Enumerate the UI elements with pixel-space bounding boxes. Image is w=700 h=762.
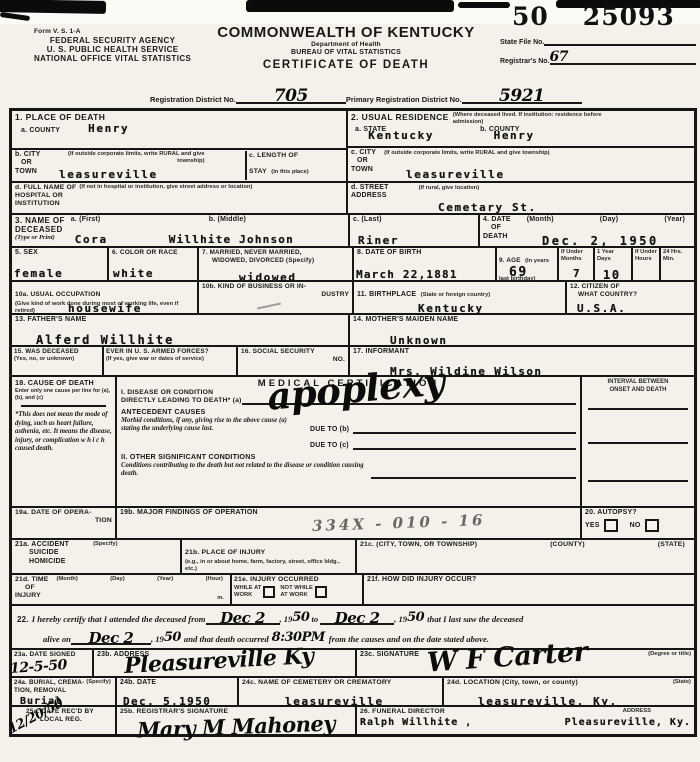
length-of-stay-label: c. LENGTH OF: [249, 152, 341, 160]
scan-artifact: [246, 0, 454, 12]
field-time-of-injury: 21d. TIME OF INJURY (Month) (Day) (Year)…: [12, 575, 230, 604]
field-age: 9. AGE (In years last birthday) 69: [495, 248, 557, 280]
agency-line-3: NATIONAL OFFICE VITAL STATISTICS: [34, 54, 191, 63]
department-line: Department of Health: [196, 41, 496, 49]
pencil-mark: [257, 303, 281, 310]
field-burial-date: 24b. DATE Dec. 5,1950: [115, 678, 237, 705]
field-residence-city: c. CITY OR TOWN (If outside corporate li…: [348, 146, 694, 181]
field-color-or-race: 6. COLOR OR RACE white: [107, 248, 197, 280]
field-age-months: If Under Months 7: [557, 248, 593, 280]
not-while-at-work-checkbox: [315, 586, 327, 598]
fathers-name-value: Alferd Willhite: [36, 333, 174, 347]
last-seen-alive-value: Dec 2: [89, 629, 134, 647]
interval-blank-line: [588, 480, 688, 482]
field-mothers-maiden-name: 14. MOTHER'S MAIDEN NAME Unknown: [348, 315, 694, 345]
divider: [21, 405, 106, 407]
state-file-blank: [544, 34, 696, 46]
field-marital-status: 7. MARRIED, NEVER MARRIED, WIDOWED, DIVO…: [197, 248, 352, 280]
field-hospital-name: d. FULL NAME OF HOSPITAL OR INSTITUTION …: [12, 181, 346, 213]
field-place-of-injury: 21b. PLACE OF INJURY (e.g., in or about …: [180, 540, 355, 573]
field-age-days: 1 Year Days 10: [593, 248, 631, 280]
attended-to-year: 50: [407, 610, 424, 625]
due-to-c-line: [353, 438, 576, 450]
field-interval-onset-death: INTERVAL BETWEEN ONSET AND DEATH: [580, 377, 694, 506]
occupation-value: housewife: [68, 302, 142, 315]
field-last-name: c. (Last) Riner: [348, 215, 478, 246]
field-burial-type: 24a. BURIAL, CREMA- TION, REMOVAL (Speci…: [12, 678, 115, 705]
stamp-number-left: 50: [512, 2, 549, 31]
usual-residence-title: 2. USUAL RESIDENCE: [351, 112, 449, 126]
middle-name-value: Willhite Johnson: [169, 233, 294, 246]
field-autopsy: 20. AUTOPSY? YES NO: [580, 508, 694, 538]
first-name-label: a. (First): [71, 216, 163, 224]
place-of-death-title: 1. PLACE OF DEATH: [15, 112, 343, 122]
field-accident-suicide-homicide: 21a. ACCIDENT SUICIDE HOMICIDE (Specify): [12, 540, 180, 573]
form-number: Form V. S. 1-A: [34, 28, 191, 36]
field-how-injury-occurred: 21f. HOW DID INJURY OCCUR?: [362, 575, 694, 604]
field-name-of-deceased: 3. NAME OF DECEASED (Type or Print) a. (…: [12, 215, 348, 246]
scan-artifact: [0, 0, 106, 14]
street-address-note: (If rural, give location): [419, 185, 480, 201]
form-identification: Form V. S. 1-A FEDERAL SECURITY AGENCY U…: [34, 28, 191, 63]
registrar-no-label: Registrar's No.: [500, 58, 550, 65]
field-funeral-director: 26. FUNERAL DIRECTOR ADDRESS Ralph Willh…: [355, 707, 694, 734]
field-injury-occurred: 21e. INJURY OCCURRED WHILE AT WORK NOT W…: [230, 575, 362, 604]
place-of-injury-note: (e.g., in or about home, farm, factory, …: [185, 559, 352, 573]
city-label: b. CITY: [15, 151, 41, 159]
first-name-value: Cora: [75, 233, 108, 246]
field-place-of-death: 1. PLACE OF DEATH a. COUNTY Henry: [12, 111, 346, 148]
field-medical-certification: MEDICAL CERTIFICATION apoplexy I. DISEAS…: [115, 377, 580, 506]
bureau-line: BUREAU OF VITAL STATISTICS: [196, 49, 496, 57]
field-age-minutes: 24 Hrs. Min.: [659, 248, 694, 280]
field-signer-address: 23b. ADDRESS Pleasureville Ky: [92, 650, 355, 676]
field-date-of-death: 4. DATE OF DEATH (Month) (Day) (Year) De…: [478, 215, 694, 246]
death-year-label: (Year): [664, 216, 685, 241]
degree-or-title-note: (Degree or title): [648, 651, 691, 659]
citizen-value: U.S.A.: [577, 302, 626, 315]
date-of-death-value: Dec. 2, 1950: [542, 234, 659, 248]
field-cemetery-location: 24d. LOCATION (City, town, or county) (S…: [442, 678, 694, 705]
field-business-industry: 10b. KIND OF BUSINESS OR IN- DUSTRY: [197, 282, 352, 313]
certificate-header: COMMONWEALTH OF KENTUCKY Department of H…: [196, 24, 496, 71]
length-of-stay-note: (in this place): [271, 169, 308, 175]
field-street-address: d. STREET ADDRESS (If rural, give locati…: [348, 181, 694, 213]
residence-city-value: leasureville: [406, 168, 505, 181]
age-months-value: 7: [573, 267, 581, 280]
attended-to-value: Dec 2: [335, 609, 380, 627]
certificate-form: 1. PLACE OF DEATH a. COUNTY Henry b. CIT…: [9, 108, 697, 737]
field-date-of-birth: 8. DATE OF BIRTH March 22,1881: [352, 248, 495, 280]
field-birthplace: 11. BIRTHPLACE (State or foreign country…: [352, 282, 565, 313]
registration-district-value: 705: [274, 86, 308, 106]
signer-address-value: Pleasureville Ky: [123, 643, 314, 679]
field-injury-location: 21c. (CITY, TOWN, OR TOWNSHIP) (COUNTY) …: [355, 540, 694, 573]
field-certification-statement: 22. I hereby certify that I attended the…: [12, 606, 694, 648]
city-of-death-value: leasureville: [59, 168, 158, 181]
primary-district-value: 5921: [499, 86, 544, 106]
state-file-label: State File No.: [500, 39, 544, 46]
age-days-value: 10: [603, 268, 621, 282]
residence-state-value: Kentucky: [368, 129, 434, 142]
cause-footnote: *This does not mean the mode of dying, s…: [15, 411, 112, 453]
commonwealth-title: COMMONWEALTH OF KENTUCKY: [196, 24, 496, 41]
field-fathers-name: 13. FATHER'S NAME Alferd Willhite: [12, 315, 348, 345]
morbid-conditions-note: Morbid conditions, if any, giving rise t…: [121, 417, 306, 434]
field-citizen-of: 12. CITIZEN OF WHAT COUNTRY? U.S.A.: [565, 282, 694, 313]
time-of-death-value: 8:30PM: [272, 630, 325, 645]
field-date-signed: 23a. DATE SIGNED 12-5-50: [12, 650, 92, 676]
other-conditions-note: Conditions contributing to the death but…: [121, 462, 371, 479]
agency-line-2: U. S. PUBLIC HEALTH SERVICE: [34, 45, 191, 54]
registration-district-line: Registration District No. 705 Primary Re…: [150, 86, 680, 104]
funeral-director-address-value: Pleasureville, Ky.: [565, 717, 691, 728]
last-name-label: c. (Last): [353, 216, 475, 224]
other-conditions-line: [371, 467, 576, 479]
field-sex: 5. SEX female: [12, 248, 107, 280]
age-value: 69: [509, 265, 528, 280]
date-of-birth-value: March 22,1881: [356, 268, 458, 281]
primary-district-label: Primary Registration District No.: [346, 95, 462, 104]
date-signed-value: 12-5-50: [10, 657, 68, 677]
attended-from-value: Dec 2: [220, 609, 265, 627]
registration-district-label: Registration District No.: [150, 95, 236, 104]
county-of-death-value: Henry: [88, 122, 129, 135]
registrar-no-value: 67: [550, 49, 568, 65]
attended-from-year: 50: [292, 610, 309, 625]
birthplace-note: (State or foreign country): [421, 292, 491, 298]
race-value: white: [113, 267, 154, 280]
field-usual-occupation: 10a. USUAL OCCUPATION (Give kind of work…: [12, 282, 197, 313]
sex-value: female: [14, 267, 63, 280]
interval-blank-line: [588, 408, 688, 410]
last-seen-alive-year: 50: [164, 630, 181, 645]
middle-name-label: b. (Middle): [209, 216, 345, 224]
field-date-of-operation: 19a. DATE OF OPERA- TION: [12, 508, 115, 538]
stamp-number-right: 25093: [583, 2, 675, 31]
funeral-director-value: Ralph Willhite ,: [360, 717, 472, 728]
due-to-b-line: [353, 422, 576, 434]
field-date-received: 25a. DATE REC'D BY LOCAL REG. 12/20/50: [12, 707, 115, 734]
field-age-hours: If Under Hours: [631, 248, 659, 280]
field-major-findings: 19b. MAJOR FINDINGS OF OPERATION 334X - …: [115, 508, 580, 538]
hospital-note: (If not in hospital or institution, give…: [79, 184, 252, 208]
street-address-value: Cemetary St.: [438, 201, 537, 214]
field-armed-forces-detail: EVER IN U. S. ARMED FORCES? (If yes, giv…: [102, 347, 236, 375]
field-cemetery-name: 24c. NAME OF CEMETERY OR CREMATORY leasu…: [237, 678, 442, 705]
autopsy-yes-checkbox: [604, 519, 618, 532]
usual-residence-note: (Where deceased lived. If institution: r…: [453, 112, 623, 126]
birthplace-value: Kentucky: [418, 302, 484, 315]
certificate-title: CERTIFICATE OF DEATH: [196, 59, 496, 71]
mothers-maiden-name-value: Unknown: [390, 334, 448, 347]
residence-county-value: Henry: [494, 129, 535, 142]
cause-instruction: Enter only one cause per line for (a), (…: [15, 388, 112, 402]
field-signature: 23c. SIGNATURE (Degree or title) W F Car…: [355, 650, 694, 676]
county-label: a. COUNTY: [21, 127, 60, 135]
field-cause-of-death-sidebar: 18. CAUSE OF DEATH Enter only one cause …: [12, 377, 115, 506]
field-armed-forces: 15. WAS DECEASED (Yes, no, or unknown): [12, 347, 102, 375]
field-city-of-death: b. CITY OR TOWN (If outside corporate li…: [12, 148, 346, 181]
while-at-work-checkbox: [263, 586, 275, 598]
field-registrar-signature: 25b. REGISTRAR'S SIGNATURE Mary M Mahone…: [115, 707, 355, 734]
field-usual-residence: 2. USUAL RESIDENCE (Where deceased lived…: [348, 111, 694, 146]
file-numbers: 50 25093 State File No. Registrar's No. …: [500, 2, 696, 65]
autopsy-no-checkbox: [645, 519, 659, 532]
last-name-value: Riner: [358, 234, 399, 247]
interval-blank-line: [588, 442, 688, 444]
agency-line-1: FEDERAL SECURITY AGENCY: [34, 36, 191, 45]
